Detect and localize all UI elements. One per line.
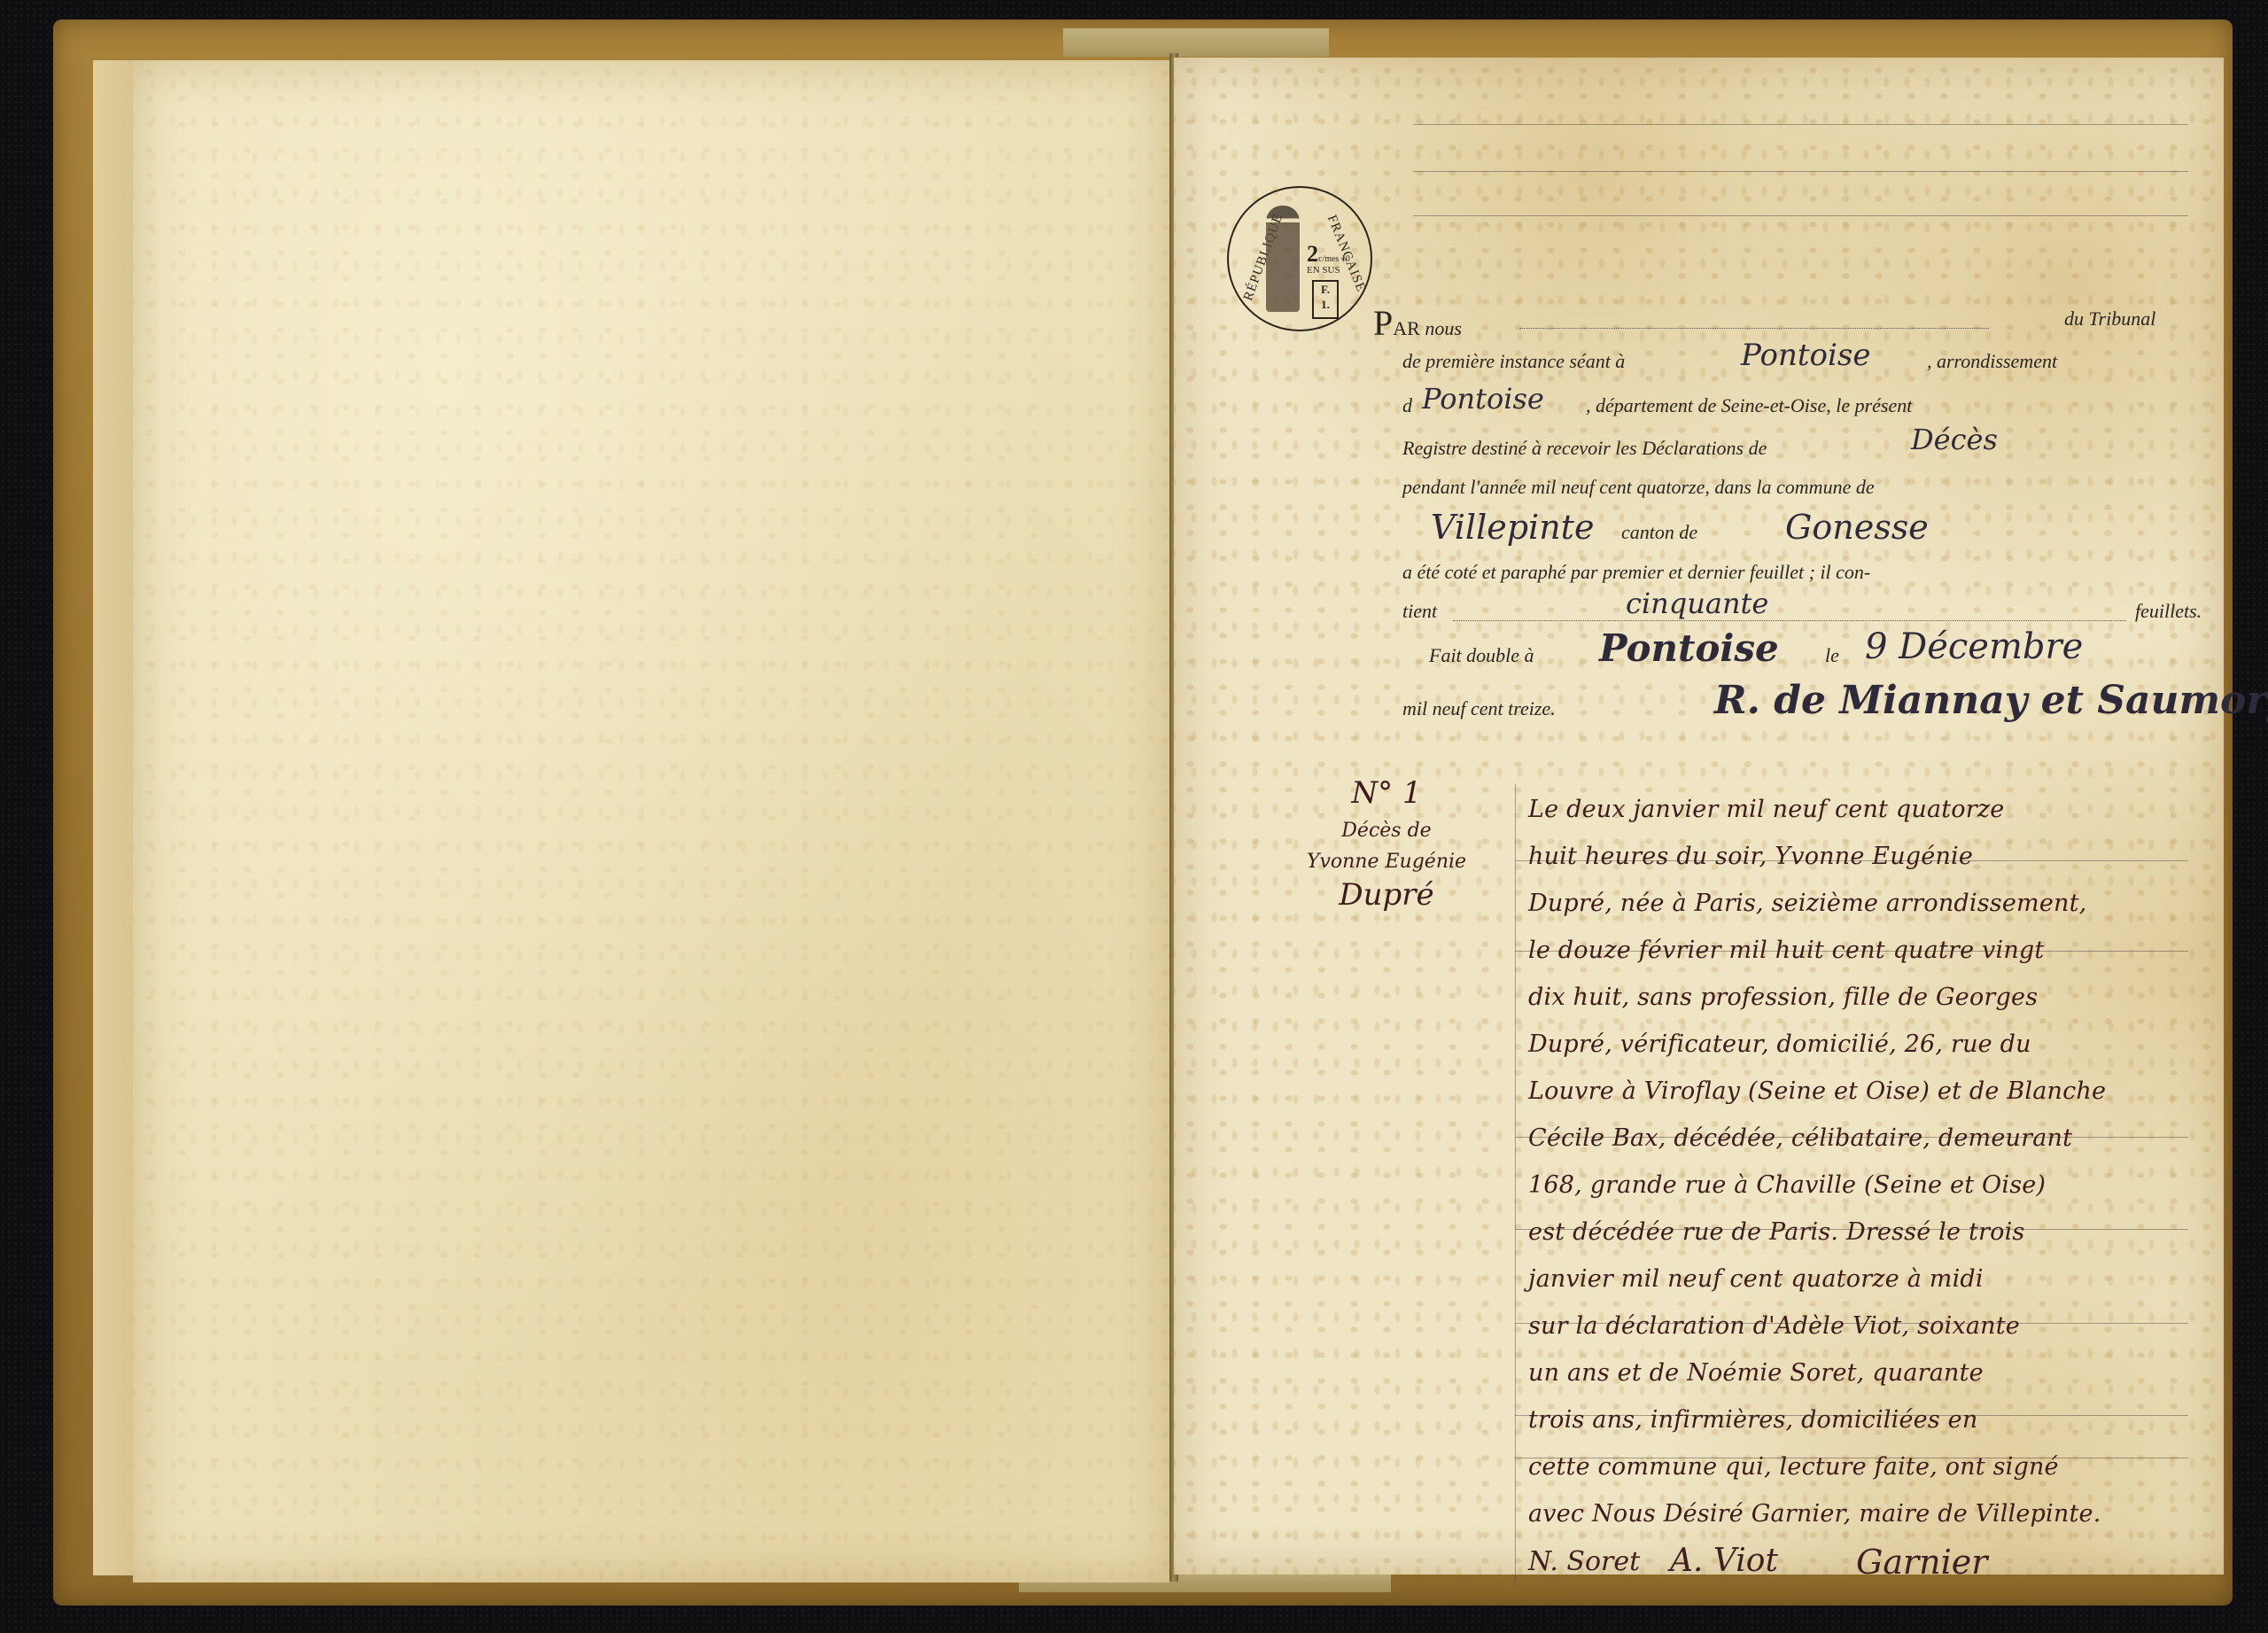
- fait-double-label: Fait double à: [1429, 644, 1534, 667]
- judge-signature: R. de Miannay et Saumory: [1714, 678, 2268, 723]
- tribunal-seat-handwritten: Pontoise: [1741, 338, 1870, 373]
- departement-label: , département de Seine-et-Oise, le prése…: [1586, 394, 1912, 417]
- justice-figure-icon: [1266, 206, 1300, 312]
- fiscal-stamp: RÉPUBLIQUE FRANÇAISE 2c/mes 10 EN SUS F.…: [1227, 186, 1372, 331]
- entry-margin-surname: Dupré: [1298, 877, 1475, 913]
- form-line-par-nous: PAR nous: [1373, 306, 1462, 341]
- form-prefix-d: d: [1402, 394, 1412, 417]
- canton-handwritten: Gonesse: [1785, 508, 1929, 547]
- signature-soret: N. Soret: [1528, 1546, 1640, 1577]
- blank-field-line: [1453, 620, 2126, 621]
- stamp-price: 2c/mes 10 EN SUS: [1307, 243, 1350, 276]
- commune-handwritten: Villepinte: [1431, 508, 1594, 547]
- ruled-line: [1413, 124, 2188, 125]
- registre-label: Registre destiné à recevoir les Déclarat…: [1402, 437, 1767, 460]
- entry-text-line: cette commune qui, lecture faite, ont si…: [1528, 1453, 2059, 1481]
- entry-text-line: Le deux janvier mil neuf cent quatorze: [1528, 796, 2004, 823]
- entry-text-line: huit heures du soir, Yvonne Eugénie: [1528, 843, 1973, 870]
- entry-text-line: Louvre à Viroflay (Seine et Oise) et de …: [1528, 1077, 2106, 1105]
- arrondissement-label: , arrondissement: [1927, 350, 2057, 373]
- signature-viot: A. Viot: [1670, 1543, 1778, 1579]
- entry-text-line: janvier mil neuf cent quatorze à midi: [1528, 1265, 1984, 1293]
- stamp-value-box: F. 1.: [1312, 280, 1339, 319]
- entry-margin-title: Décès de: [1298, 820, 1475, 842]
- feuillets-count-handwritten: cinquante: [1626, 587, 1768, 620]
- entry-text-line: est décédée rue de Paris. Dressé le troi…: [1528, 1218, 2024, 1246]
- instance-label: de première instance séant à: [1402, 350, 1625, 373]
- canton-label: canton de: [1621, 521, 1697, 544]
- le-label: le: [1825, 644, 1839, 667]
- entry-text-line: trois ans, infirmières, domiciliées en: [1528, 1406, 1977, 1434]
- contient-label: tient: [1402, 600, 1437, 623]
- annee-commune-label: pendant l'année mil neuf cent quatorze, …: [1402, 476, 1875, 499]
- entry-text-line: Dupré, née à Paris, seizième arrondissem…: [1528, 890, 2086, 917]
- foxing-texture: [133, 60, 1169, 1582]
- tribunal-label: du Tribunal: [2064, 307, 2155, 330]
- entry-text-line: dix huit, sans profession, fille de Geor…: [1528, 984, 2038, 1011]
- ruled-line: [1413, 215, 2188, 216]
- entry-margin-given-names: Yvonne Eugénie: [1298, 851, 1475, 873]
- entry-text-line: sur la déclaration d'Adèle Viot, soixant…: [1528, 1312, 2020, 1340]
- feuillets-label: feuillets.: [2135, 600, 2202, 623]
- signature-garnier: Garnier: [1856, 1543, 1987, 1582]
- cote-paraphe-label: a été coté et paraphé par premier et der…: [1402, 561, 1870, 584]
- entry-text-line: Cécile Bax, décédée, célibataire, demeur…: [1528, 1124, 2072, 1152]
- annee-treize-label: mil neuf cent treize.: [1402, 697, 1556, 720]
- entry-text-line: avec Nous Désiré Garnier, maire de Ville…: [1528, 1500, 2101, 1528]
- entry-text-line: 168, grande rue à Chaville (Seine et Ois…: [1528, 1171, 2046, 1199]
- ruled-line: [1413, 171, 2188, 172]
- entry-number: N° 1: [1298, 775, 1475, 811]
- spine-tape-top: [1063, 28, 1329, 57]
- right-page-register: RÉPUBLIQUE FRANÇAISE 2c/mes 10 EN SUS F.…: [1174, 58, 2224, 1575]
- arrondissement-handwritten: Pontoise: [1422, 382, 1544, 416]
- blank-field-line: [1519, 328, 1989, 329]
- entry-text-line: Dupré, vérificateur, domicilié, 26, rue …: [1528, 1030, 2031, 1058]
- declaration-type-handwritten: Décès: [1911, 423, 1998, 456]
- margin-rule: [1515, 784, 1516, 1582]
- entry-text-line: le douze février mil huit cent quatre vi…: [1528, 937, 2044, 964]
- fait-place-handwritten: Pontoise: [1599, 626, 1779, 670]
- left-page-blank: [133, 60, 1169, 1582]
- entry-text-line: un ans et de Noémie Soret, quarante: [1528, 1359, 1984, 1387]
- fait-date-handwritten: 9 Décembre: [1865, 626, 2083, 667]
